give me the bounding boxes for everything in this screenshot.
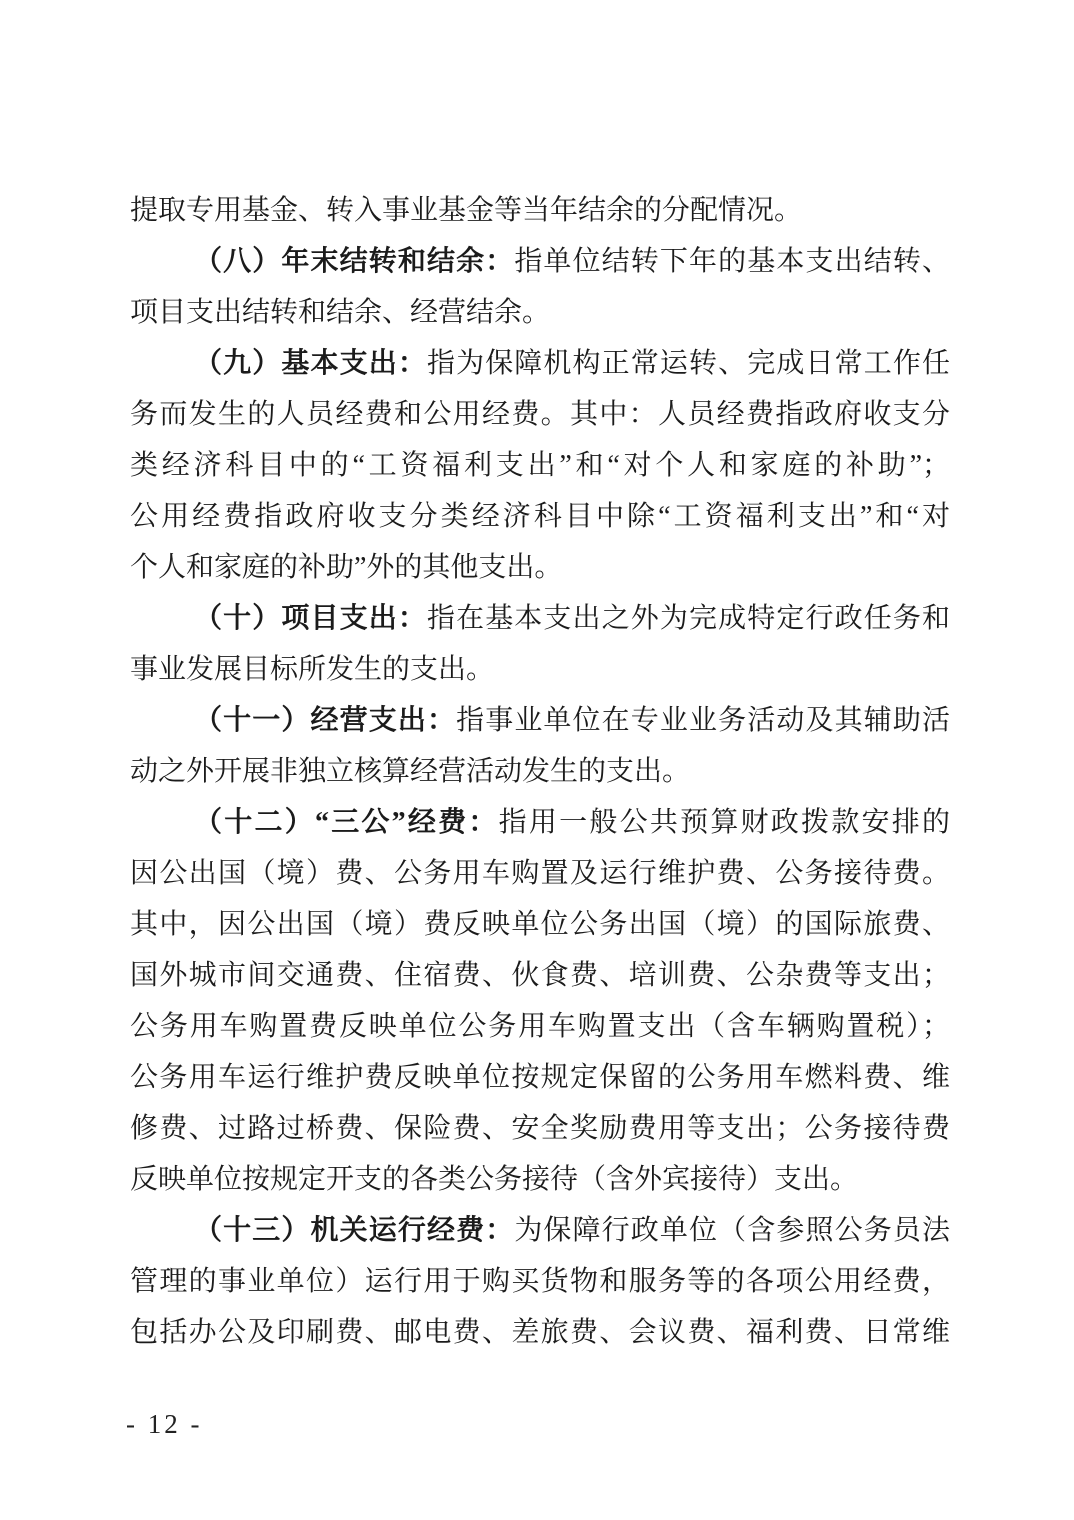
text-line: （十一）经营支出：指事业单位在专业业务活动及其辅助活 (130, 695, 950, 746)
body-text: 公用经费指政府收支分类经济科目中除“工资福利支出”和“对 (130, 501, 950, 532)
text-line: 公务用车运行维护费反映单位按规定保留的公务用车燃料费、维 (130, 1052, 950, 1103)
text-line: （九）基本支出：指为保障机构正常运转、完成日常工作任 (130, 338, 950, 389)
body-text: 国外城市间交通费、住宿费、伙食费、培训费、公杂费等支出； (130, 960, 950, 991)
text-line: 因公出国（境）费、公务用车购置及运行维护费、公务接待费。 (130, 848, 950, 899)
term-heading: （十三）机关运行经费： (194, 1215, 514, 1246)
text-line: （八）年末结转和结余：指单位结转下年的基本支出结转、 (130, 236, 950, 287)
document-body: 提取专用基金、转入事业基金等当年结余的分配情况。（八）年末结转和结余：指单位结转… (130, 185, 950, 1358)
text-line: 提取专用基金、转入事业基金等当年结余的分配情况。 (130, 185, 950, 236)
text-line: 公用经费指政府收支分类经济科目中除“工资福利支出”和“对 (130, 491, 950, 542)
body-text: 指用一般公共预算财政拨款安排的 (499, 807, 950, 838)
term-heading: （九）基本支出： (194, 348, 427, 379)
body-text: 修费、过路过桥费、保险费、安全奖励费用等支出；公务接待费 (130, 1113, 950, 1144)
body-text: 类经济科目中的“工资福利支出”和“对个人和家庭的补助”； (130, 450, 950, 481)
body-text: 公务用车购置费反映单位公务用车购置支出（含车辆购置税）； (130, 1011, 950, 1042)
body-text: 其中，因公出国（境）费反映单位公务出国（境）的国际旅费、 (130, 909, 950, 940)
document-page: 提取专用基金、转入事业基金等当年结余的分配情况。（八）年末结转和结余：指单位结转… (0, 0, 1074, 1520)
term-heading: （八）年末结转和结余： (194, 246, 514, 277)
body-text: 指在基本支出之外为完成特定行政任务和 (427, 603, 950, 634)
text-line: 动之外开展非独立核算经营活动发生的支出。 (130, 746, 950, 797)
text-line: 事业发展目标所发生的支出。 (130, 644, 950, 695)
text-line: （十）项目支出：指在基本支出之外为完成特定行政任务和 (130, 593, 950, 644)
body-text: 反映单位按规定开支的各类公务接待（含外宾接待）支出。 (130, 1164, 858, 1195)
term-heading: （十）项目支出： (194, 603, 427, 634)
body-text: 公务用车运行维护费反映单位按规定保留的公务用车燃料费、维 (130, 1062, 950, 1093)
page-number: - 12 - (126, 1404, 202, 1444)
text-line: 项目支出结转和结余、经营结余。 (130, 287, 950, 338)
text-line: （十二）“三公”经费：指用一般公共预算财政拨款安排的 (130, 797, 950, 848)
text-line: 类经济科目中的“工资福利支出”和“对个人和家庭的补助”； (130, 440, 950, 491)
body-text: 为保障行政单位（含参照公务员法 (514, 1215, 950, 1246)
body-text: 包括办公及印刷费、邮电费、差旅费、会议费、福利费、日常维 (130, 1317, 950, 1348)
term-heading: （十二）“三公”经费： (194, 807, 499, 838)
term-heading: （十一）经营支出： (194, 705, 456, 736)
text-line: 反映单位按规定开支的各类公务接待（含外宾接待）支出。 (130, 1154, 950, 1205)
text-line: 其中，因公出国（境）费反映单位公务出国（境）的国际旅费、 (130, 899, 950, 950)
text-line: （十三）机关运行经费：为保障行政单位（含参照公务员法 (130, 1205, 950, 1256)
body-text: 项目支出结转和结余、经营结余。 (130, 297, 550, 328)
body-text: 指单位结转下年的基本支出结转、 (514, 246, 950, 277)
body-text: 提取专用基金、转入事业基金等当年结余的分配情况。 (130, 195, 802, 226)
body-text: 动之外开展非独立核算经营活动发生的支出。 (130, 756, 690, 787)
text-line: 管理的事业单位）运行用于购买货物和服务等的各项公用经费， (130, 1256, 950, 1307)
text-line: 修费、过路过桥费、保险费、安全奖励费用等支出；公务接待费 (130, 1103, 950, 1154)
body-text: 因公出国（境）费、公务用车购置及运行维护费、公务接待费。 (130, 858, 950, 889)
body-text: 管理的事业单位）运行用于购买货物和服务等的各项公用经费， (130, 1266, 950, 1297)
text-line: 公务用车购置费反映单位公务用车购置支出（含车辆购置税）； (130, 1001, 950, 1052)
text-line: 务而发生的人员经费和公用经费。其中：人员经费指政府收支分 (130, 389, 950, 440)
body-text: 事业发展目标所发生的支出。 (130, 654, 494, 685)
body-text: 指为保障机构正常运转、完成日常工作任 (427, 348, 950, 379)
body-text: 指事业单位在专业业务活动及其辅助活 (456, 705, 950, 736)
body-text: 务而发生的人员经费和公用经费。其中：人员经费指政府收支分 (130, 399, 950, 430)
body-text: 个人和家庭的补助”外的其他支出。 (130, 552, 562, 583)
text-line: 个人和家庭的补助”外的其他支出。 (130, 542, 950, 593)
text-line: 包括办公及印刷费、邮电费、差旅费、会议费、福利费、日常维 (130, 1307, 950, 1358)
text-line: 国外城市间交通费、住宿费、伙食费、培训费、公杂费等支出； (130, 950, 950, 1001)
